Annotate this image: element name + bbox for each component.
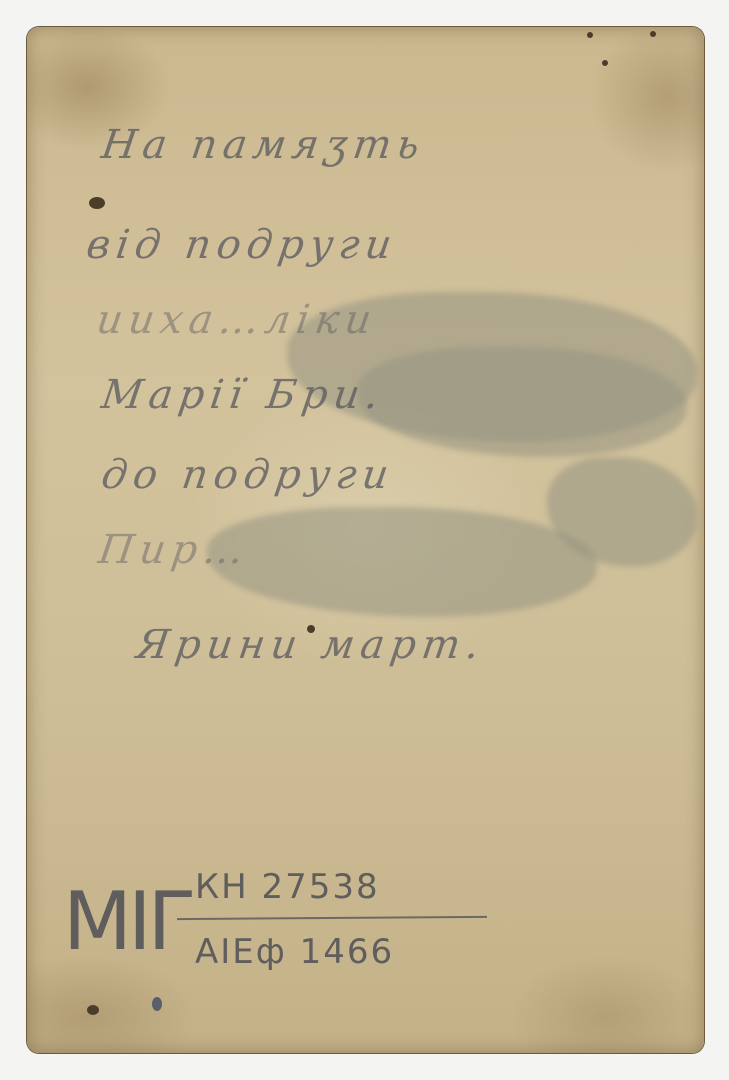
foxing-spot (89, 197, 105, 209)
foxing-spot (602, 60, 608, 66)
catalog-prefix: МІГ (63, 882, 192, 962)
handwriting-line-3: ииха…ліки (94, 297, 380, 343)
foxing-spot (650, 31, 656, 37)
water-stain (357, 347, 687, 457)
foxing-spot (152, 997, 162, 1011)
handwriting-line-1: На памяӡть (99, 122, 428, 168)
foxing-spot (87, 1005, 99, 1015)
handwriting-line-7: Ярини март. (134, 622, 488, 668)
scan-background: На памяӡть від подруги ииха…ліки Марії Б… (0, 0, 729, 1080)
handwriting-line-2: від подруги (84, 222, 401, 268)
foxing-spot (587, 32, 593, 38)
catalog-numerator: КН 27538 (195, 867, 380, 907)
catalog-denominator: АІЕф 1466 (195, 932, 394, 972)
handwriting-line-4: Марії Бри. (99, 372, 388, 418)
catalog-fraction-line (177, 916, 487, 920)
handwriting-line-6: Пир… (96, 527, 253, 573)
water-stain (207, 507, 597, 617)
handwriting-line-5: до подруги (99, 452, 398, 498)
photo-card-back: На памяӡть від подруги ииха…ліки Марії Б… (27, 27, 704, 1053)
